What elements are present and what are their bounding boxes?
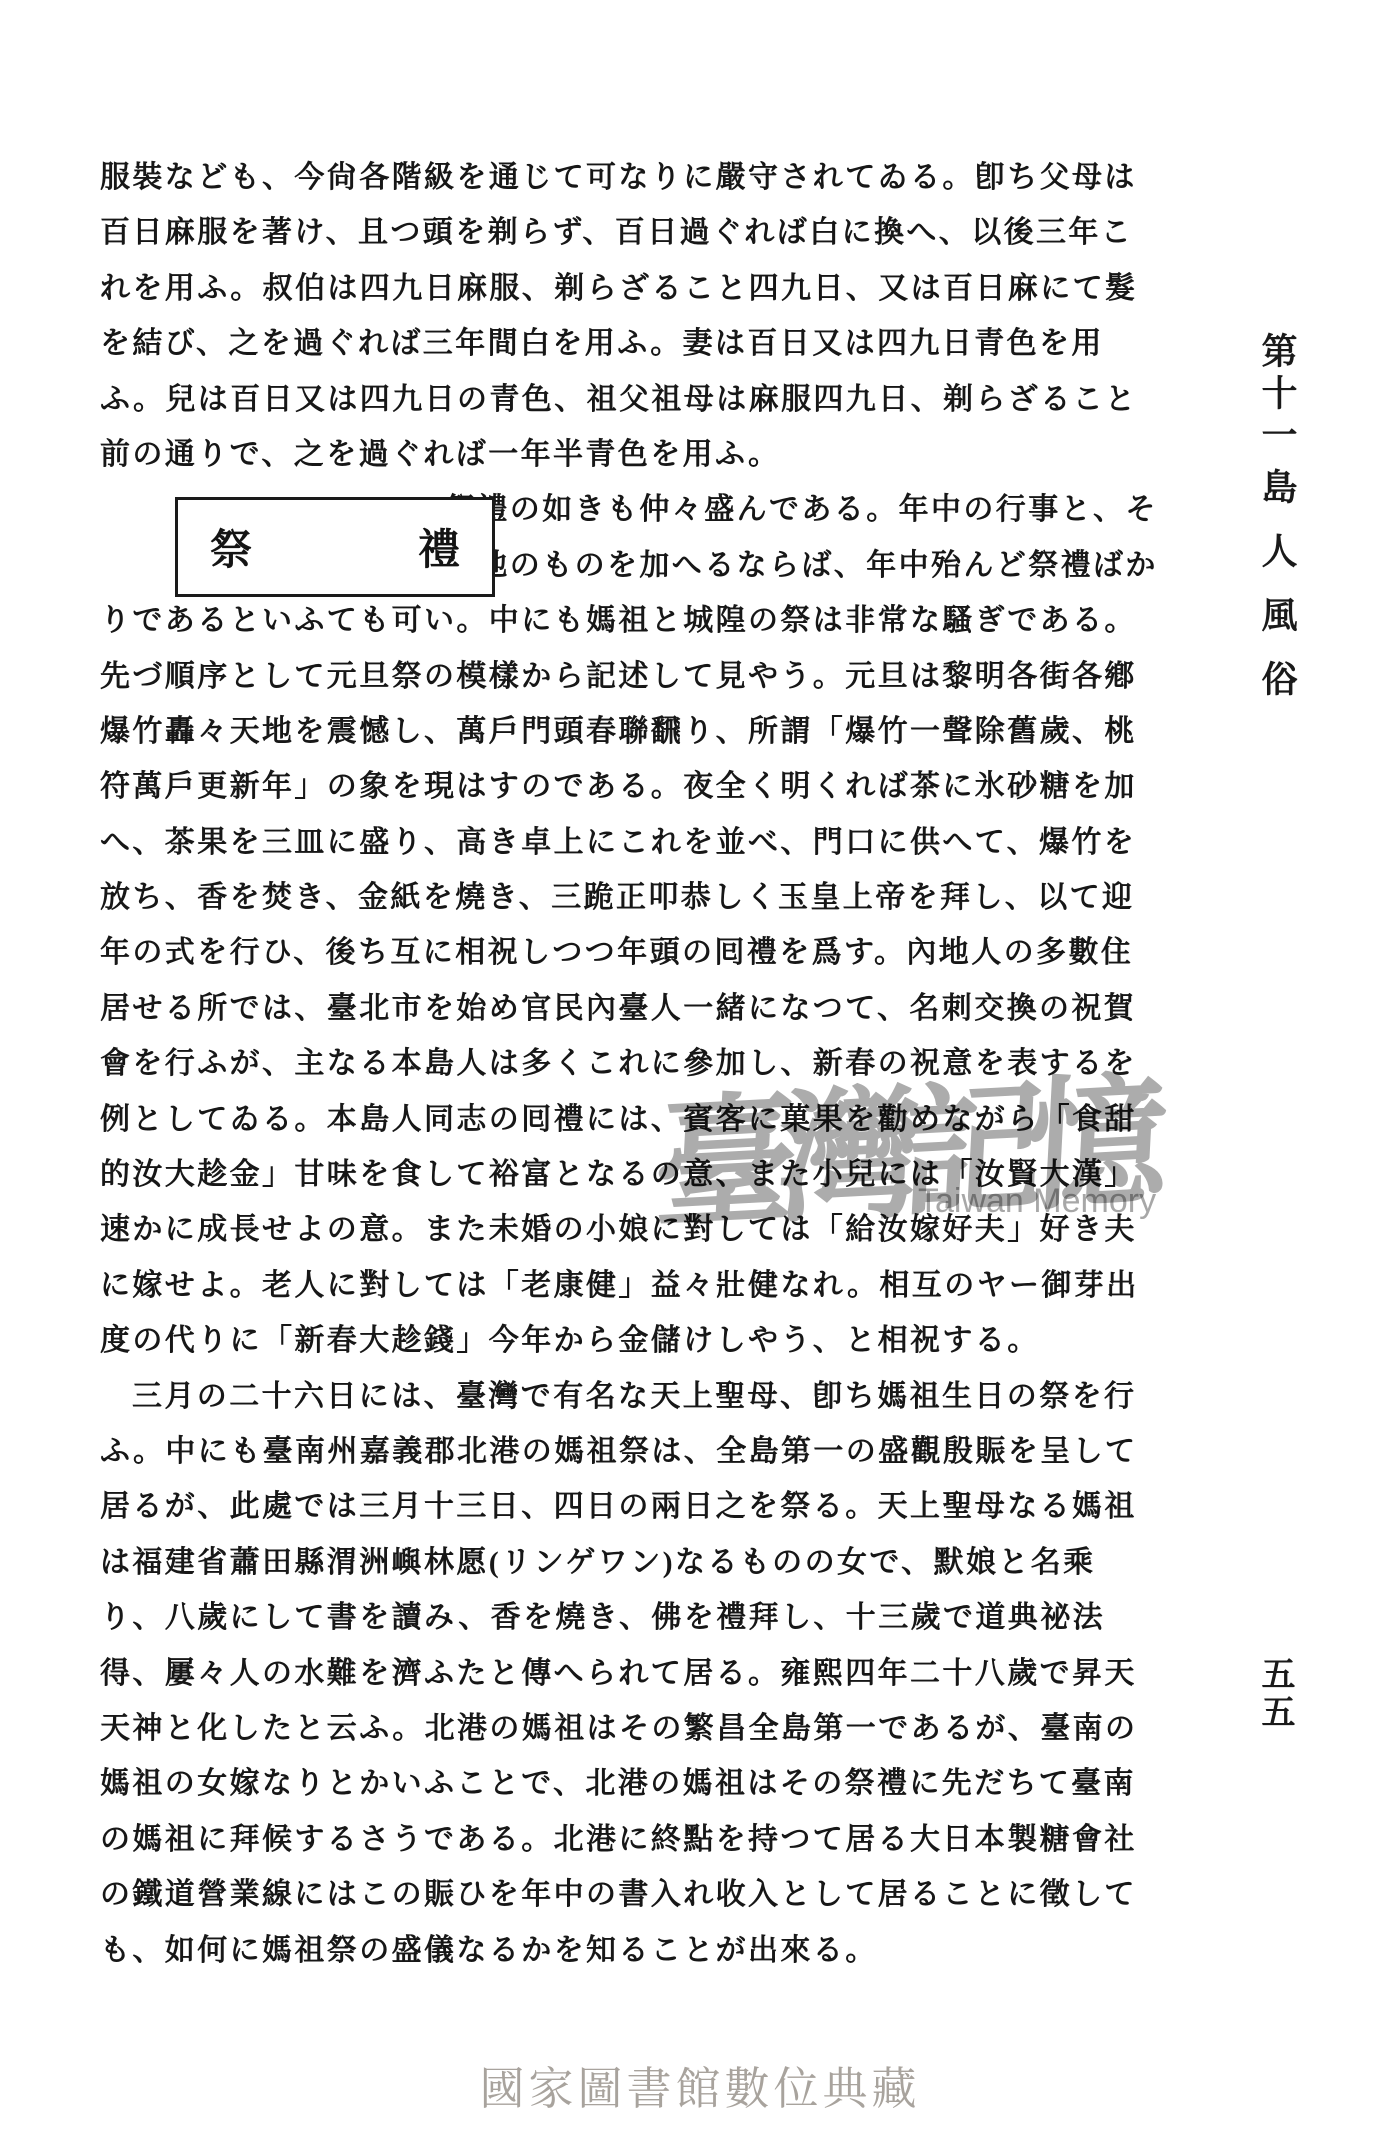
- text-line: は福建省蕭田縣渭洲嶼林愿(リンゲワン)なるものの女で、默娘と名乘: [100, 1535, 1190, 1590]
- text-line: 符萬戶更新年」の象を現はすのである。夜全く明くれば茶に氷砂糖を加: [100, 759, 1190, 814]
- text-line: 百日麻服を著け、且つ頭を剃らず、百日過ぐれば白に換へ、以後三年こ: [100, 205, 1190, 260]
- text-line: へ、茶果を三皿に盛り、高き卓上にこれを並べ、門口に供へて、爆竹を: [100, 815, 1190, 870]
- text-line: 三月の二十六日には、臺灣で有名な天上聖母、卽ち媽祖生日の祭を行: [100, 1369, 1190, 1424]
- margin-chapter-title: 島人風俗: [1252, 468, 1303, 724]
- text-line: 的汝大趁金」甘味を食して裕富となるの意、また小兒には「汝賢大漢」: [100, 1147, 1190, 1202]
- body-text: 服裝なども、今尙各階級を通じて可なりに嚴守されてゐる。卽ち父母は百日麻服を著け、…: [100, 150, 1190, 1978]
- text-line: 媽祖の女嫁なりとかいふことで、北港の媽祖はその祭禮に先だちて臺南: [100, 1756, 1190, 1811]
- text-line: 放ち、香を焚き、金紙を燒き、三跪正叩恭しく玉皇上帝を拜し、以て迎: [100, 870, 1190, 925]
- text-line: 度の代りに「新春大趁錢」今年から金儲けしやう、と相祝する。: [100, 1313, 1190, 1368]
- page-number: 五五: [1250, 1656, 1299, 1732]
- text-line: 年の式を行ひ、後ち互に相祝しつつ年頭の囘禮を爲す。內地人の多數住: [100, 925, 1190, 980]
- text-line: ふ。中にも臺南州嘉義郡北港の媽祖祭は、全島第一の盛觀殷賑を呈して: [100, 1424, 1190, 1479]
- library-watermark: 國家圖書館數位典藏: [0, 2052, 1400, 2117]
- text-line: 前の通りで、之を過ぐれば一年半青色を用ふ。: [100, 427, 1190, 482]
- text-line: ふ。兒は百日又は四九日の青色、祖父祖母は麻服四九日、剃らざること: [100, 372, 1190, 427]
- text-line: に嫁せよ。老人に對しては「老康健」益々壯健なれ。相互のヤー御芽出: [100, 1258, 1190, 1313]
- text-line: 居せる所では、臺北市を始め官民內臺人一緒になつて、名刺交換の祝賀: [100, 981, 1190, 1036]
- text-line: も、如何に媽祖祭の盛儀なるかを知ることが出來る。: [100, 1923, 1190, 1978]
- scanned-book-page: 服裝なども、今尙各階級を通じて可なりに嚴守されてゐる。卽ち父母は百日麻服を著け、…: [0, 0, 1400, 2130]
- text-line: 爆竹轟々天地を震憾し、萬戶門頭春聯飜り、所謂「爆竹一聲除舊歲、桃: [100, 704, 1190, 759]
- text-line: を結び、之を過ぐれば三年間白を用ふ。妻は百日又は四九日青色を用: [100, 316, 1190, 371]
- margin-chapter-number: 第十一: [1252, 332, 1303, 458]
- text-line: の媽祖に拜候するさうである。北港に終點を持つて居る大日本製糖會社: [100, 1812, 1190, 1867]
- text-line: り、八歲にして書を讀み、香を燒き、佛を禮拜し、十三歲で道典祕法: [100, 1590, 1190, 1645]
- text-line: りであるといふても可い。中にも媽祖と城隍の祭は非常な騷ぎである。: [100, 593, 1190, 648]
- text-line: 天神と化したと云ふ。北港の媽祖はその繁昌全島第一であるが、臺南の: [100, 1701, 1190, 1756]
- text-line: れを用ふ。叔伯は四九日麻服、剃らざること四九日、又は百日麻にて髮: [100, 261, 1190, 316]
- heading-char-left: 祭: [210, 517, 252, 577]
- text-line: 速かに成長せよの意。また未婚の小娘に對しては「給汝嫁好夫」好き夫: [100, 1202, 1190, 1257]
- text-line: 例としてゐる。本島人同志の囘禮には、賓客に菓果を勸めながら「食甜: [100, 1092, 1190, 1147]
- text-line: 服裝なども、今尙各階級を通じて可なりに嚴守されてゐる。卽ち父母は: [100, 150, 1190, 205]
- text-line: 會を行ふが、主なる本島人は多くこれに參加し、新春の祝意を表するを: [100, 1036, 1190, 1091]
- text-line: 先づ順序として元旦祭の模樣から記述して見やう。元旦は黎明各街各鄕: [100, 649, 1190, 704]
- text-line: の鐵道營業線にはこの賑ひを年中の書入れ收入として居ることに徵して: [100, 1867, 1190, 1922]
- section-heading-box: 祭 禮: [175, 497, 495, 597]
- text-line: 居るが、此處では三月十三日、四日の兩日之を祭る。天上聖母なる媽祖: [100, 1479, 1190, 1534]
- text-line: 得、屢々人の水難を濟ふたと傳へられて居る。雍熙四年二十八歲で昇天: [100, 1646, 1190, 1701]
- heading-char-right: 禮: [418, 517, 460, 577]
